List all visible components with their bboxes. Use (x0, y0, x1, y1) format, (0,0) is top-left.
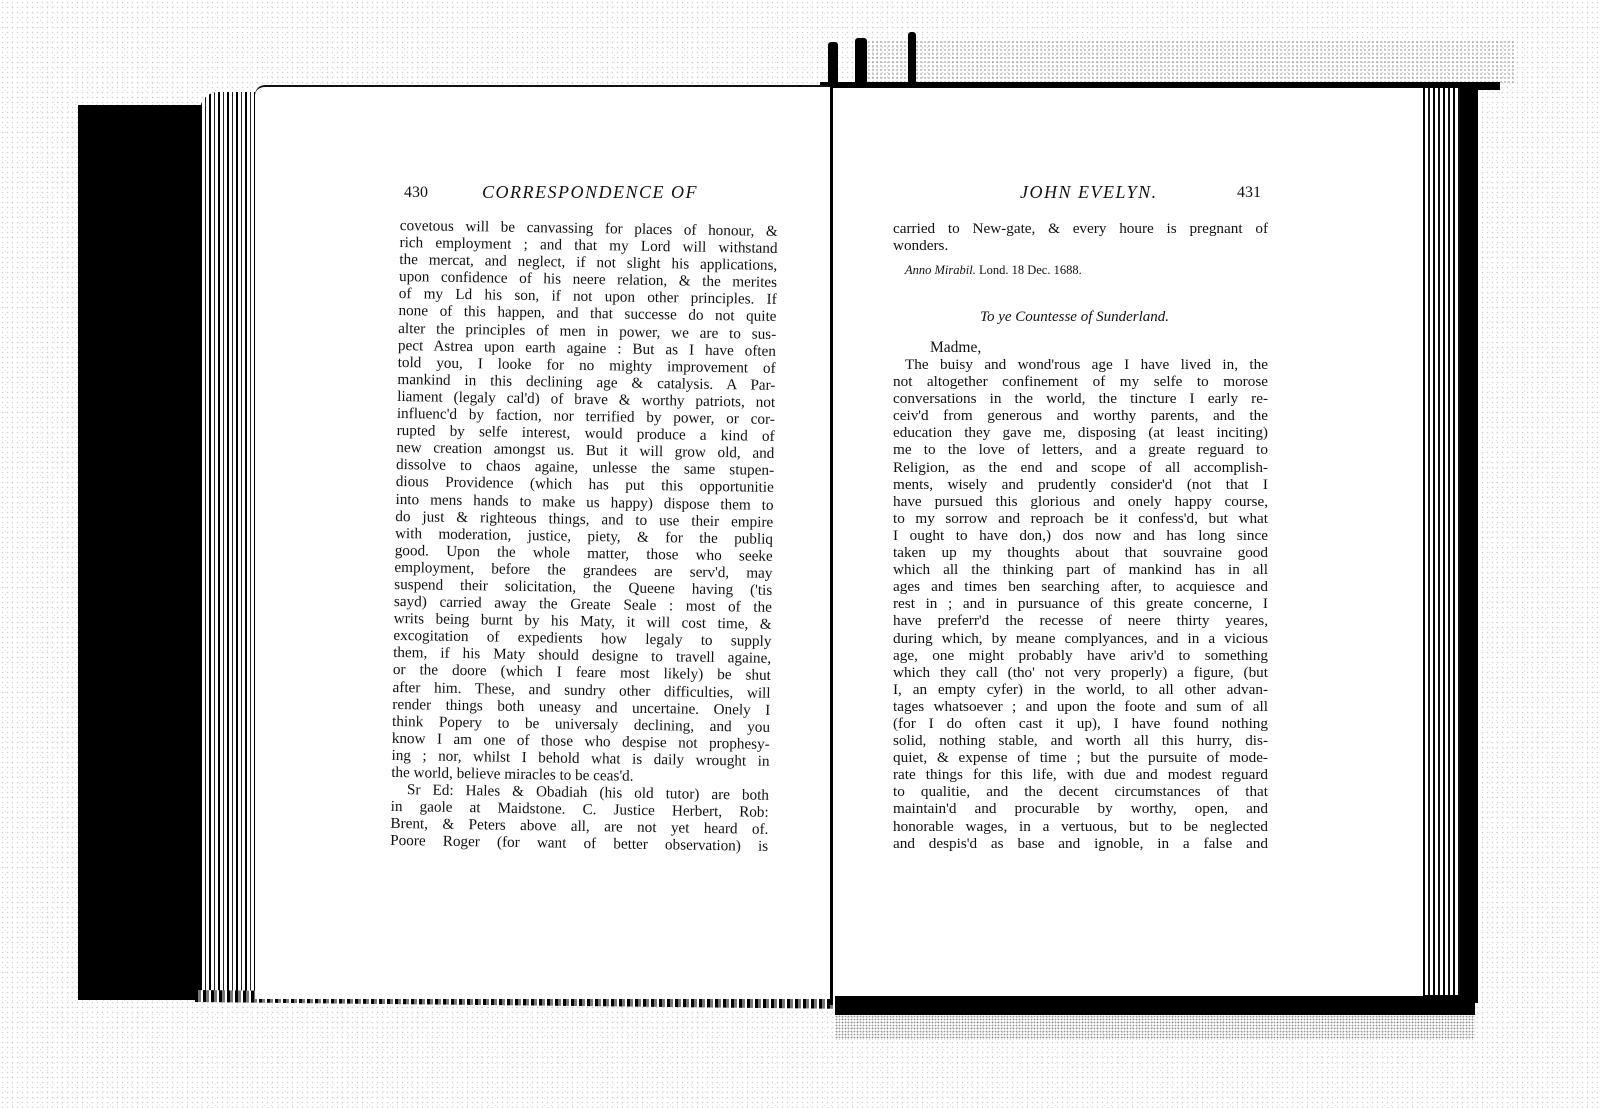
letter-salutation: Madme, (930, 339, 981, 357)
text-line: honorable wages, in a vertuous, but to b… (893, 818, 1268, 835)
text-line: carried to New-gate, & every houre is pr… (893, 220, 1268, 237)
text-line: rate things for this life, with due and … (893, 766, 1268, 783)
signoff-italic: Anno Mirabil. (905, 263, 976, 277)
right-running-head: JOHN EVELYN. (1020, 182, 1158, 203)
text-line: conversations in the world, the tincture… (893, 390, 1268, 407)
left-running-head: CORRESPONDENCE OF (482, 182, 698, 203)
book-cover-left (78, 105, 208, 1000)
text-line: me to the love of letters, and a greate … (893, 441, 1268, 458)
text-line: ages and times ben searching after, to a… (893, 578, 1268, 595)
text-line: (for I do often cast it up), I have foun… (893, 715, 1268, 732)
text-line: which they call (tho' not very properly)… (893, 664, 1268, 681)
left-page-number: 430 (404, 184, 428, 202)
book-cover-right (1460, 88, 1478, 1003)
text-line: to my sorrow and reproach be it confess'… (893, 510, 1268, 527)
text-line: not altogether confinement of my selfe t… (893, 373, 1268, 390)
text-line: ceiv'd from generous and worthy parents,… (893, 407, 1268, 424)
text-line: and despis'd as base and ignoble, in a f… (893, 835, 1268, 852)
right-page-number: 431 (1237, 184, 1261, 202)
text-line: rest in ; and in pursuance of this great… (893, 595, 1268, 612)
letter-body: The buisy and wond'rous age I have lived… (893, 356, 1268, 852)
right-page-continuation: carried to New-gate, & every houre is pr… (893, 220, 1268, 254)
text-line: maintain'd and procurable by worthy, ope… (893, 800, 1268, 817)
text-line: tages whatsoever ; and upon the foote an… (893, 698, 1268, 715)
text-line: to qualitie, and the decent circumstance… (893, 783, 1268, 800)
signoff-text: Lond. 18 Dec. 1688. (979, 263, 1082, 277)
text-line: I ought to have don,) dos now and has lo… (893, 527, 1268, 544)
text-line: have preferr'd the recesse of neere thir… (893, 612, 1268, 629)
text-line: which all the thinking part of mankind h… (893, 561, 1268, 578)
letter-heading: To ye Countesse of Sunderland. (980, 309, 1169, 326)
text-line: solid, nothing stable, and worth all thi… (893, 732, 1268, 749)
text-line: wonders. (893, 237, 1268, 254)
text-line: The buisy and wond'rous age I have lived… (893, 356, 1268, 373)
book-cover-bottom-right (835, 995, 1475, 1015)
text-line: Religion, as the end and scope of all ac… (893, 459, 1268, 476)
letter-signoff: Anno Mirabil. Lond. 18 Dec. 1688. (905, 263, 1082, 278)
text-line: age, one might probably have ariv'd to s… (893, 647, 1268, 664)
ribbon-tab (908, 32, 916, 84)
text-line: education they gave me, disposing (at le… (893, 424, 1268, 441)
text-line: ments, wisely and prudently consider'd (… (893, 476, 1268, 493)
text-line: have pursued this glorious and onely hap… (893, 493, 1268, 510)
book-shadow (835, 1015, 1475, 1040)
text-line: quiet, & expense of time ; but the pursu… (893, 749, 1268, 766)
text-line: during which, by meane complyances, and … (893, 630, 1268, 647)
ribbon-tab (855, 38, 867, 84)
text-line: I, an empty cyfer) in the world, to all … (893, 681, 1268, 698)
left-page-body: covetous will be canvassing for places o… (390, 217, 778, 855)
book-gutter (830, 45, 833, 1005)
text-line: taken up my thoughts about that souvrain… (893, 544, 1268, 561)
book-cover-top-right (855, 40, 1515, 85)
